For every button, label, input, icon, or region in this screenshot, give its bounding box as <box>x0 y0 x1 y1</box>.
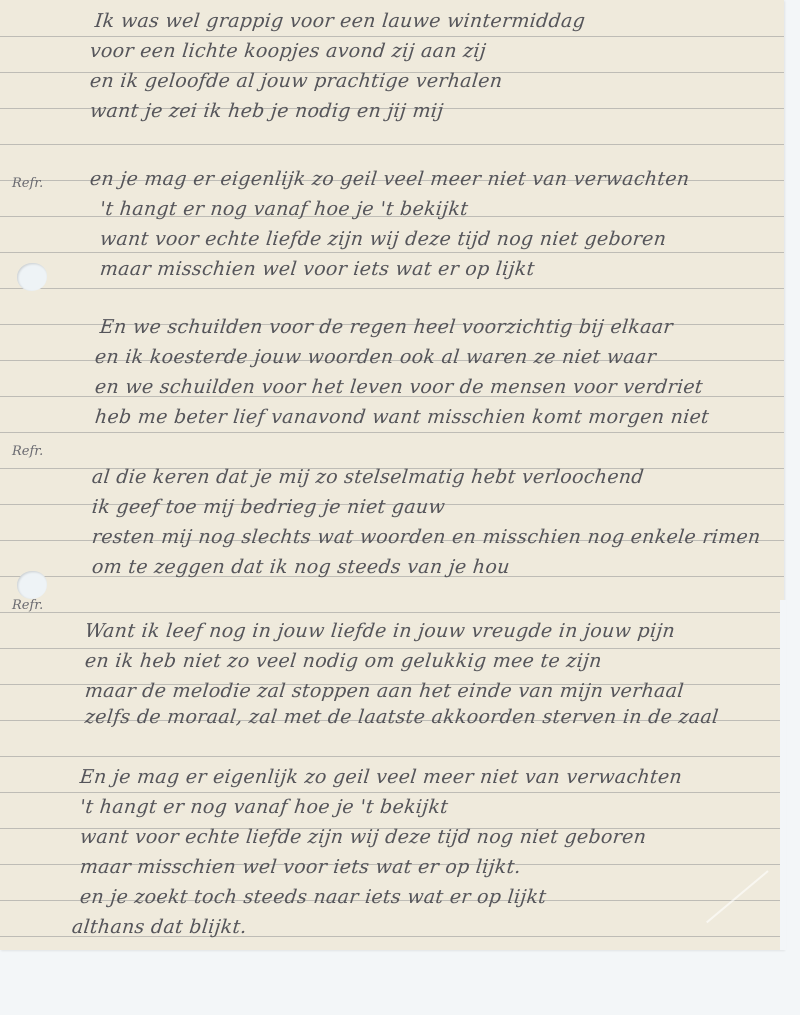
lyric-line: want voor echte liefde zijn wij deze tij… <box>99 228 668 250</box>
lyric-line: en we schuilden voor het leven voor de m… <box>94 376 704 398</box>
refrain-label: Refr. <box>12 444 43 459</box>
punch-hole <box>17 263 47 291</box>
lyric-line: maar de melodie zal stoppen aan het eind… <box>84 680 685 702</box>
lyric-line: want je zei ik heb je nodig en jij mij <box>89 100 445 122</box>
lyric-line: en je mag er eigenlijk zo geil veel meer… <box>89 168 691 190</box>
lyric-line: en je zoekt toch steeds naar iets wat er… <box>79 886 548 908</box>
lyric-line: resten mij nog slechts wat woorden en mi… <box>91 526 762 548</box>
lyric-line: want voor echte liefde zijn wij deze tij… <box>79 826 648 848</box>
lyric-line: en ik koesterde jouw woorden ook al ware… <box>94 346 657 368</box>
lyric-line: om te zeggen dat ik nog steeds van je ho… <box>91 556 511 578</box>
lyric-line: En je mag er eigenlijk zo geil veel meer… <box>79 766 683 788</box>
lyric-line: En we schuilden voor de regen heel voorz… <box>99 316 674 338</box>
lyric-line: maar misschien wel voor iets wat er op l… <box>99 258 536 280</box>
lyric-line: 't hangt er nog vanaf hoe je 't bekijkt <box>79 796 450 818</box>
paper-crease <box>706 870 769 923</box>
lyric-line: althans dat blijkt. <box>71 916 248 938</box>
lyric-line: Want ik leef nog in jouw liefde in jouw … <box>84 620 676 642</box>
lyric-line: voor een lichte koopjes avond zij aan zi… <box>89 40 487 62</box>
lyric-line: zelfs de moraal, zal met de laatste akko… <box>84 706 720 728</box>
lyric-line: ik geef toe mij bedrieg je niet gauw <box>91 496 446 518</box>
lyric-line: al die keren dat je mij zo stelselmatig … <box>91 466 645 488</box>
lined-paper-sheet: Ik was wel grappig voor een lauwe winter… <box>0 0 784 950</box>
refrain-label: Refr. <box>12 598 43 613</box>
lyric-line: maar misschien wel voor iets wat er op l… <box>79 856 522 878</box>
lyric-line: 't hangt er nog vanaf hoe je 't bekijkt <box>99 198 470 220</box>
lyric-line: en ik geloofde al jouw prachtige verhale… <box>89 70 504 92</box>
lyric-line: Ik was wel grappig voor een lauwe winter… <box>94 10 586 32</box>
lyric-line: heb me beter lief vanavond want misschie… <box>94 406 710 428</box>
lyric-line: en ik heb niet zo veel nodig om gelukkig… <box>84 650 603 672</box>
refrain-label: Refr. <box>12 176 43 191</box>
punch-hole <box>17 571 47 599</box>
